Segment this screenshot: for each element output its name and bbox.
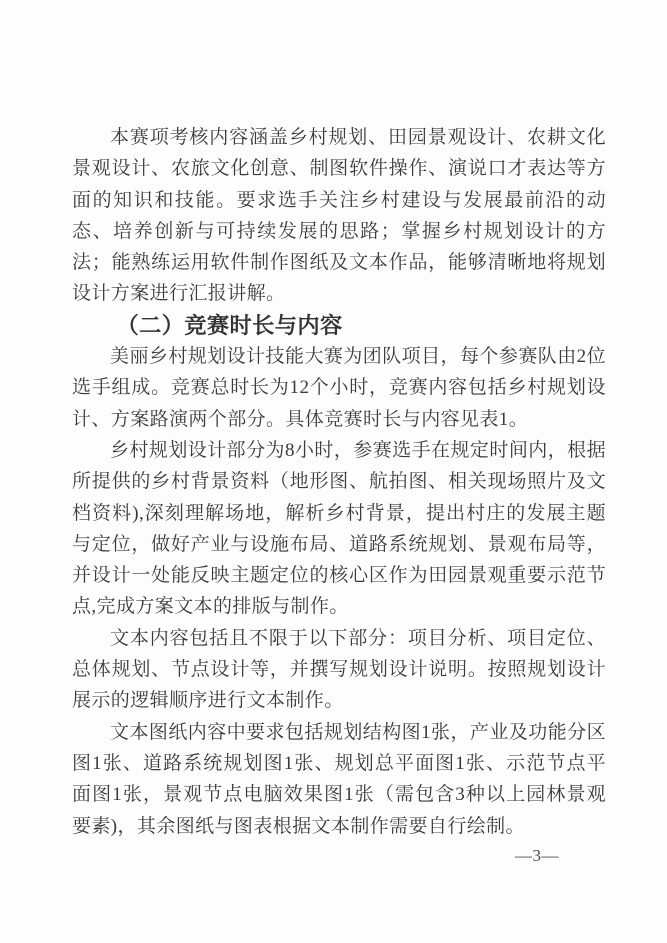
paragraph-drawing-requirements: 文本图纸内容中要求包括规划结构图1张，产业及功能分区图1张、道路系统规划图1张、… <box>72 717 606 842</box>
section-heading-duration-content: （二）竞赛时长与内容 <box>72 310 606 341</box>
paragraph-text-content-requirements: 文本内容包括且不限于以下部分：项目分析、项目定位、总体规划、节点设计等，并撰写规… <box>72 623 606 717</box>
paragraph-planning-design-part: 乡村规划设计部分为8小时，参赛选手在规定时间内，根据所提供的乡村背景资料（地形图… <box>72 435 606 623</box>
page-number: —3— <box>515 845 559 867</box>
paragraph-assessment-scope: 本赛项考核内容涵盖乡村规划、田园景观设计、农耕文化景观设计、农旅文化创意、制图软… <box>72 122 606 310</box>
document-body: 本赛项考核内容涵盖乡村规划、田园景观设计、农耕文化景观设计、农旅文化创意、制图软… <box>72 122 606 842</box>
paragraph-team-and-duration: 美丽乡村规划设计技能大赛为团队项目，每个参赛队由2位选手组成。竞赛总时长为12个… <box>72 341 606 435</box>
document-page: 本赛项考核内容涵盖乡村规划、田园景观设计、农耕文化景观设计、农旅文化创意、制图软… <box>0 0 667 943</box>
